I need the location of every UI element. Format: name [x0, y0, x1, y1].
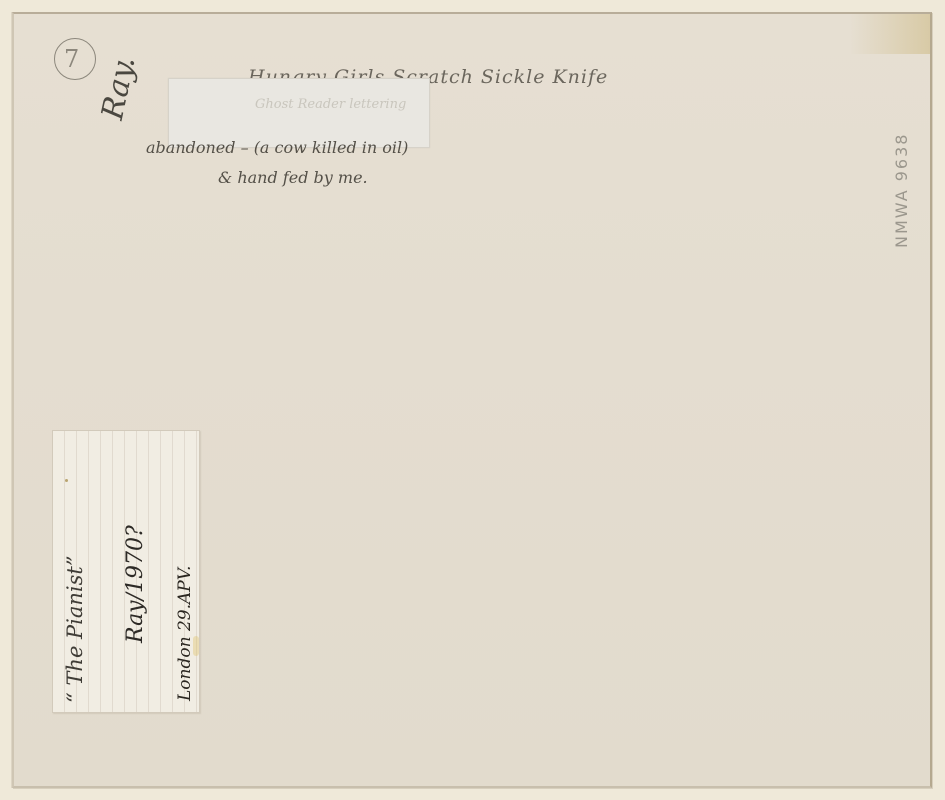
inscription-line-2: & hand fed by me. [218, 170, 368, 186]
artist-signature-block: Ray. [96, 48, 136, 128]
circled-number-text: 7 [64, 45, 79, 73]
card-artist-date: Ray/1970? [125, 525, 147, 643]
edge-stain [850, 14, 930, 54]
card-location-date: London 29.APV. [177, 566, 194, 701]
cover-label-ghost-text: Ghost Reader lettering [255, 97, 406, 112]
title-card: “ The Pianist” Ray/1970? London 29.APV. [52, 430, 200, 713]
card-spot [65, 479, 68, 482]
accession-number: NMWA 9638 [892, 133, 911, 248]
card-title: “ The Pianist” [65, 555, 86, 703]
artist-signature: Ray. [98, 54, 141, 123]
inscription-line-1: abandoned – (a cow killed in oil) [146, 140, 408, 156]
circled-number: 7 [54, 38, 96, 80]
